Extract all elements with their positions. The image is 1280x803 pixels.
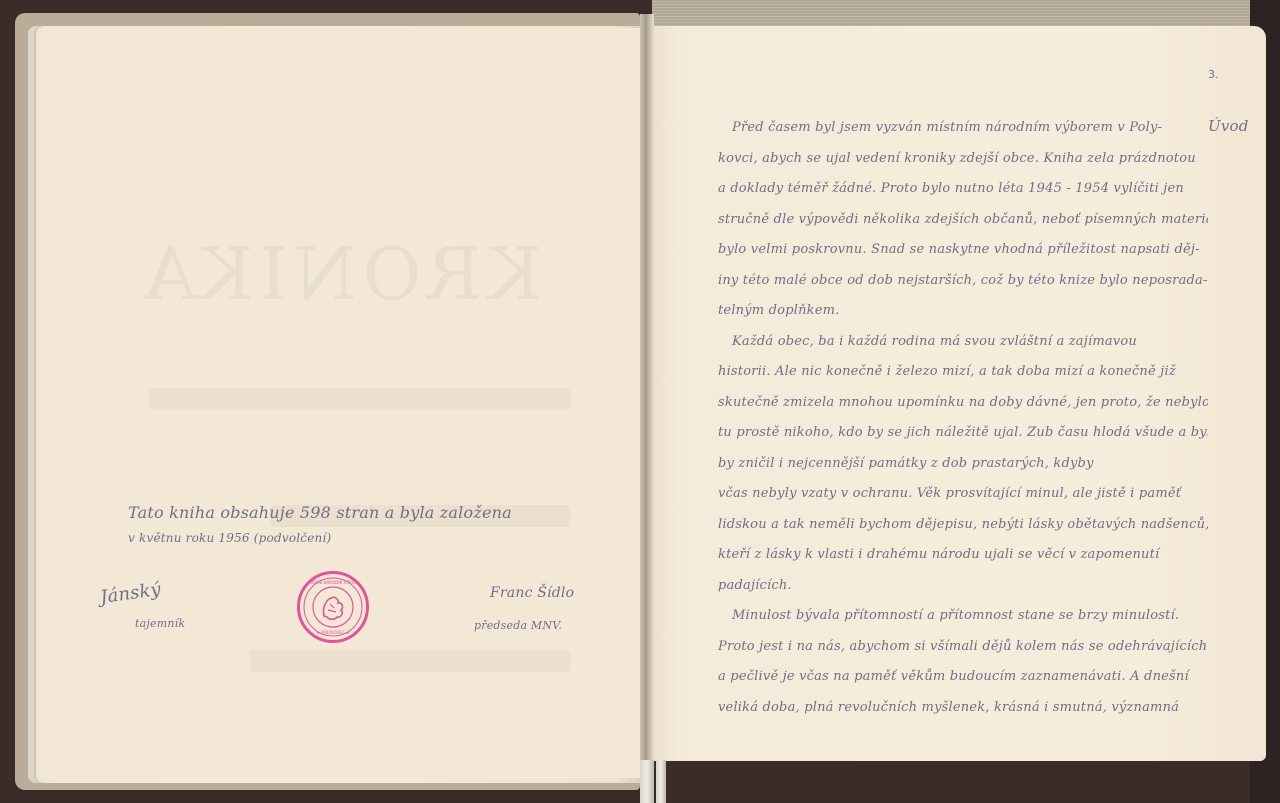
page-number: 3.	[1208, 68, 1219, 81]
text-line: kteří z lásky k vlasti i drahému národu …	[718, 540, 1208, 571]
text-line: padajících.	[718, 571, 1208, 602]
bleed-through-title: KRONIKA	[100, 232, 580, 316]
text-line: a doklady téměř žádné. Proto bylo nutno …	[718, 174, 1208, 205]
book-gutter	[640, 14, 654, 790]
lion-emblem-icon: MÍSTNÍ NÁRODNÍ VÝBOR ★ POLYKOVEC ★	[300, 574, 366, 640]
signature-chairman-role: předseda MNV.	[474, 619, 562, 632]
margin-heading: Úvod	[1208, 117, 1249, 135]
founding-note-line-1: Tato kniha obsahuje 598 stran a byla zal…	[128, 503, 512, 522]
bookmark-ribbon	[656, 760, 666, 803]
official-stamp: MÍSTNÍ NÁRODNÍ VÝBOR ★ POLYKOVEC ★	[297, 571, 369, 643]
text-line: Před časem byl jsem vyzván místním národ…	[718, 113, 1208, 144]
text-line: stručně dle výpovědi několika zdejších o…	[718, 205, 1208, 236]
bleed-through-line	[250, 650, 570, 672]
svg-text:MÍSTNÍ NÁRODNÍ VÝBOR: MÍSTNÍ NÁRODNÍ VÝBOR	[308, 580, 357, 585]
text-line: lidskou a tak neměli bychom dějepisu, ne…	[718, 510, 1208, 541]
text-line: tu prostě nikoho, kdo by se jich náležit…	[718, 418, 1208, 449]
text-line: iny této malé obce od dob nejstarších, c…	[718, 266, 1208, 297]
signature-secretary-role: tajemník	[135, 617, 185, 630]
text-line: telným doplňkem.	[718, 296, 1208, 327]
text-line: veliká doba, plná revolučních myšlenek, …	[718, 693, 1208, 724]
text-line: a pečlivě je včas na paměť věkům budoucí…	[718, 662, 1208, 693]
text-line: by zničil i nejcennější památky z dob pr…	[718, 449, 1208, 480]
text-line: kovci, abych se ujal vedení kroniky zdej…	[718, 144, 1208, 175]
signature-chairman: Franc Šídlo	[490, 585, 574, 601]
page-edges	[652, 0, 1252, 28]
bleed-through-line	[150, 388, 570, 410]
founding-note-line-2: v květnu roku 1956 (podvolčení)	[128, 531, 331, 545]
text-line: bylo velmi poskrovnu. Snad se naskytne v…	[718, 235, 1208, 266]
text-line: skutečně zmizela mnohou upomínku na doby…	[718, 388, 1208, 419]
text-line: včas nebyly vzaty v ochranu. Věk prosvít…	[718, 479, 1208, 510]
chronicle-text: Před časem byl jsem vyzván místním národ…	[718, 113, 1208, 723]
text-line: Proto jest i na nás, abychom si všímali …	[718, 632, 1208, 663]
bookmark-ribbon	[640, 760, 654, 803]
text-line: Minulost bývala přítomností a přítomnost…	[718, 601, 1208, 632]
text-line: historii. Ale nic konečně i železo mizí,…	[718, 357, 1208, 388]
svg-text:★ POLYKOVEC ★: ★ POLYKOVEC ★	[317, 630, 350, 635]
text-line: Každá obec, ba i každá rodina má svou zv…	[718, 327, 1208, 358]
